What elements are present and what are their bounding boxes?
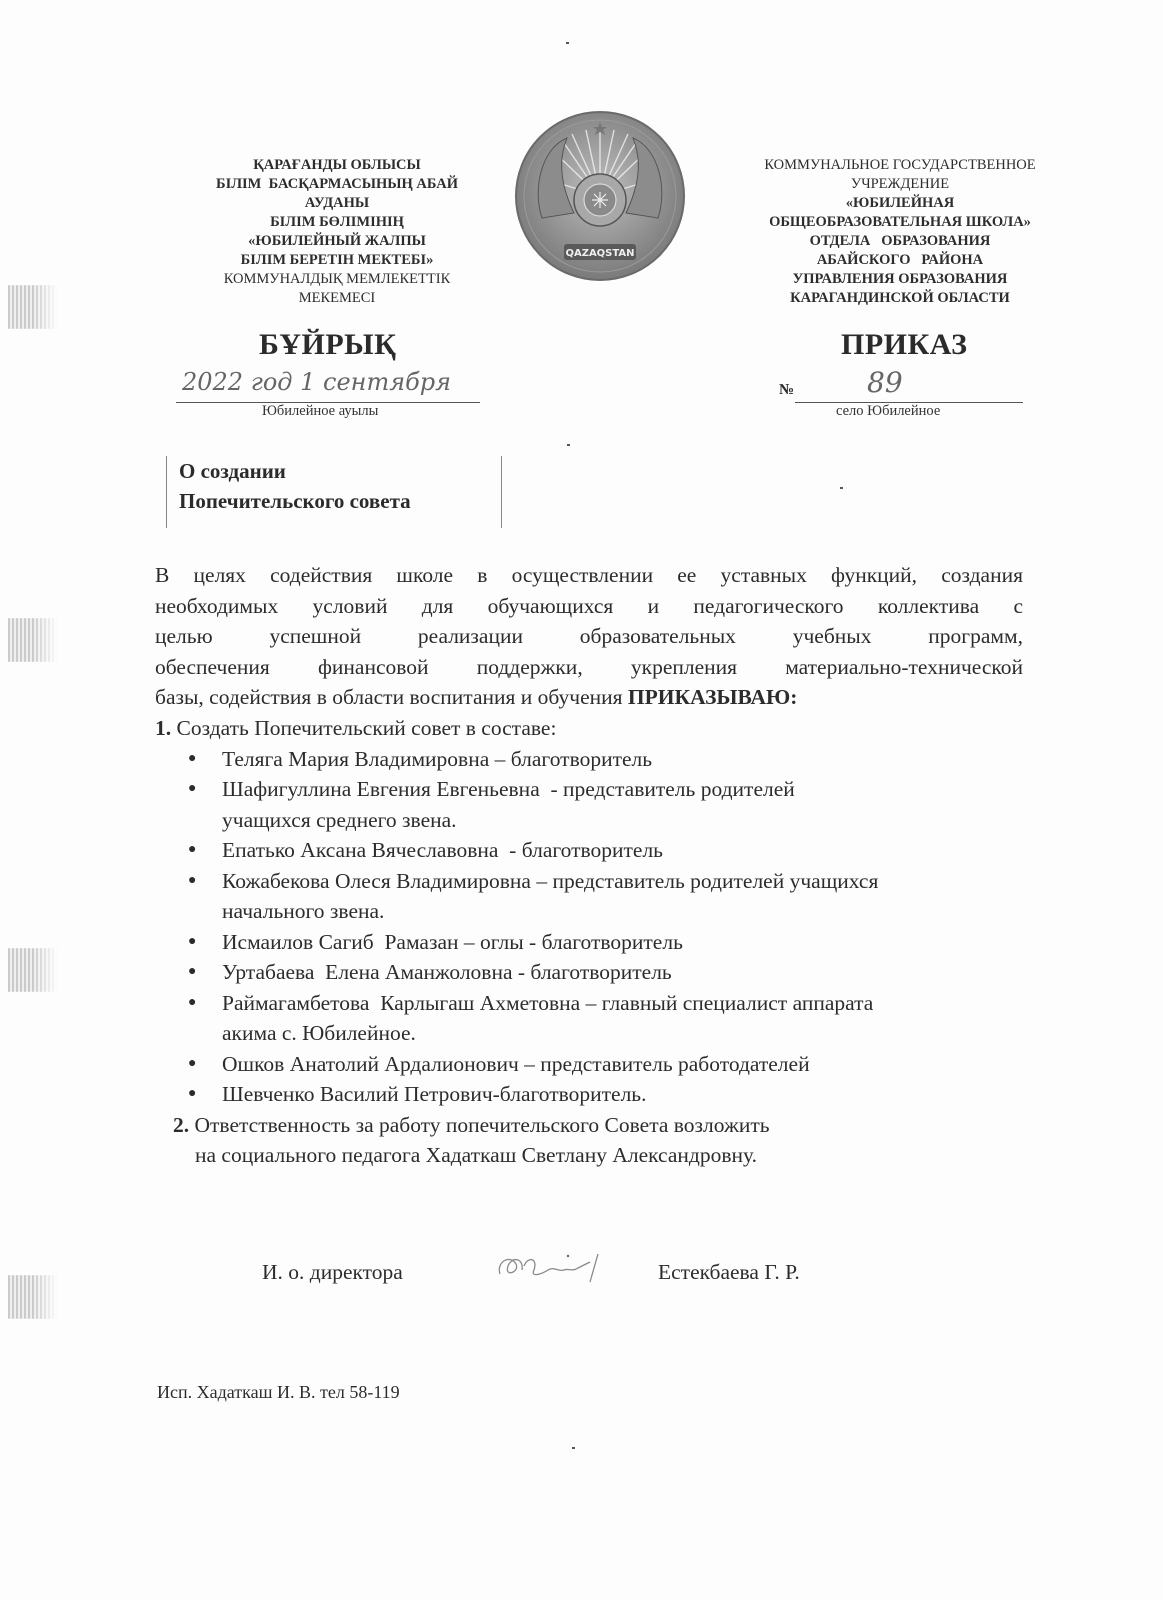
handwritten-date: 2022 год 1 сентября	[182, 368, 451, 396]
preamble-line: В целях содействия школе в осуществлении…	[155, 560, 1023, 591]
subject-line: О создании	[167, 456, 501, 486]
signatory-name: Естекбаева Г. Р.	[658, 1260, 800, 1285]
place-kazakh: Юбилейное ауылы	[262, 403, 378, 420]
bullet-icon: ●	[188, 744, 196, 775]
list-item: ●Шевченко Василий Петрович-благотворител…	[188, 1079, 1035, 1110]
header-line: УЧРЕЖДЕНИЕ	[730, 175, 1070, 194]
header-line: АБАЙСКОГО РАЙОНА	[730, 251, 1070, 270]
executor-note: Исп. Хадаткаш И. В. тел 58-119	[157, 1382, 400, 1403]
header-right-russian: КОММУНАЛЬНОЕ ГОСУДАРСТВЕННОЕ УЧРЕЖДЕНИЕ …	[730, 156, 1070, 308]
preamble-line: необходимых условий для обучающихся и пе…	[155, 591, 1023, 622]
title-kazakh: БҰЙРЫҚ	[259, 328, 396, 362]
order-word: ПРИКАЗЫВАЮ:	[628, 685, 798, 709]
point-text: Создать Попечительский совет в составе:	[177, 716, 557, 740]
header-line: БІЛІМ БАСҚАРМАСЫНЫҢ АБАЙ	[182, 175, 492, 194]
bullet-icon: ●	[188, 957, 196, 988]
preamble-line: базы, содействия в области воспитания и …	[155, 685, 623, 709]
header-line: КОММУНАЛДЫҚ МЕМЛЕКЕТТІК	[182, 270, 492, 289]
bullet-icon: ●	[188, 1079, 196, 1110]
preamble-last-line: базы, содействия в области воспитания и …	[155, 682, 1023, 713]
scan-speck	[566, 42, 569, 44]
header-line: БІЛІМ БӨЛІМІНІҢ	[182, 213, 492, 232]
point-number: 1.	[155, 716, 171, 740]
order-number-field: 89	[795, 372, 1023, 403]
header-line: МЕКЕМЕСІ	[182, 289, 492, 308]
point-2: 2. Ответственность за работу попечительс…	[155, 1110, 1035, 1171]
list-item: ●Кожабекова Олеся Владимировна – предста…	[188, 866, 1035, 927]
header-line: ҚАРАҒАНДЫ ОБЛЫСЫ	[182, 156, 492, 175]
order-subject: О создании Попечительского совета	[166, 456, 502, 528]
title-russian: ПРИКАЗ	[841, 328, 968, 362]
subject-line: Попечительского совета	[167, 486, 501, 516]
header-line: «ЮБИЛЕЙНАЯ	[730, 194, 1070, 213]
place-russian: село Юбилейное	[836, 403, 940, 420]
emblem-label: QAZAQSTAN	[565, 248, 634, 259]
header-line: «ЮБИЛЕЙНЫЙ ЖАЛПЫ	[182, 232, 492, 251]
preamble: В целях содействия школе в осуществлении…	[155, 560, 1023, 713]
header-line: БІЛІМ БЕРЕТІН МЕКТЕБІ»	[182, 251, 492, 270]
header-line: АУДАНЫ	[182, 194, 492, 213]
list-item: ●Уртабаева Елена Аманжоловна - благотвор…	[188, 957, 1035, 988]
bullet-icon: ●	[188, 866, 196, 897]
header-line: УПРАВЛЕНИЯ ОБРАЗОВАНИЯ	[730, 270, 1070, 289]
list-item: ●Исмаилов Сагиб Рамазан – оглы - благотв…	[188, 927, 1035, 958]
date-field: 2022 год 1 сентября	[176, 372, 480, 403]
point-number: 2.	[173, 1113, 189, 1137]
point-text: Ответственность за работу попечительског…	[195, 1113, 770, 1137]
scan-artifact	[8, 285, 58, 329]
header-left-kazakh: ҚАРАҒАНДЫ ОБЛЫСЫ БІЛІМ БАСҚАРМАСЫНЫҢ АБА…	[182, 156, 492, 308]
scan-speck	[567, 444, 570, 446]
header-line: ОБЩЕОБРАЗОВАТЕЛЬНАЯ ШКОЛА»	[730, 213, 1070, 232]
preamble-line: обеспечения финансовой поддержки, укрепл…	[155, 652, 1023, 683]
scan-speck	[572, 1447, 575, 1449]
bullet-icon: ●	[188, 774, 196, 805]
member-list: ●Теляга Мария Владимировна – благотворит…	[155, 744, 1035, 1110]
point-1: 1. Создать Попечительский совет в состав…	[155, 713, 1035, 744]
signature-position: И. о. директора	[262, 1260, 403, 1285]
bullet-icon: ●	[188, 835, 196, 866]
scan-artifact	[8, 618, 58, 662]
order-number-label: №	[779, 382, 794, 399]
list-item: ●Епатько Аксана Вячеславовна - благотвор…	[188, 835, 1035, 866]
bullet-icon: ●	[188, 927, 196, 958]
header-line: КАРАГАНДИНСКОЙ ОБЛАСТИ	[730, 289, 1070, 308]
list-item: ●Ошков Анатолий Ардалионович – представи…	[188, 1049, 1035, 1080]
scan-artifact	[8, 1275, 58, 1319]
header-line: КОММУНАЛЬНОЕ ГОСУДАРСТВЕННОЕ	[730, 156, 1070, 175]
header-line: ОТДЕЛА ОБРАЗОВАНИЯ	[730, 232, 1070, 251]
state-emblem-icon: QAZAQSTAN	[512, 108, 688, 284]
point-text-continued: на социального педагога Хадаткаш Светлан…	[173, 1140, 1035, 1171]
bullet-icon: ●	[188, 988, 196, 1019]
bullet-icon: ●	[188, 1049, 196, 1080]
scan-speck	[840, 487, 843, 489]
list-item: ●Теляга Мария Владимировна – благотворит…	[188, 744, 1035, 775]
scan-artifact	[8, 948, 58, 992]
order-points: 1. Создать Попечительский совет в состав…	[155, 713, 1035, 1171]
list-item: ●Раймагамбетова Карлыгаш Ахметовна – гла…	[188, 988, 1035, 1049]
handwritten-order-number: 89	[867, 366, 903, 399]
signature-scribble-icon	[494, 1248, 612, 1288]
list-item: ●Шафигуллина Евгения Евгеньевна - предст…	[188, 774, 1035, 835]
preamble-line: целью успешной реализации образовательны…	[155, 621, 1023, 652]
